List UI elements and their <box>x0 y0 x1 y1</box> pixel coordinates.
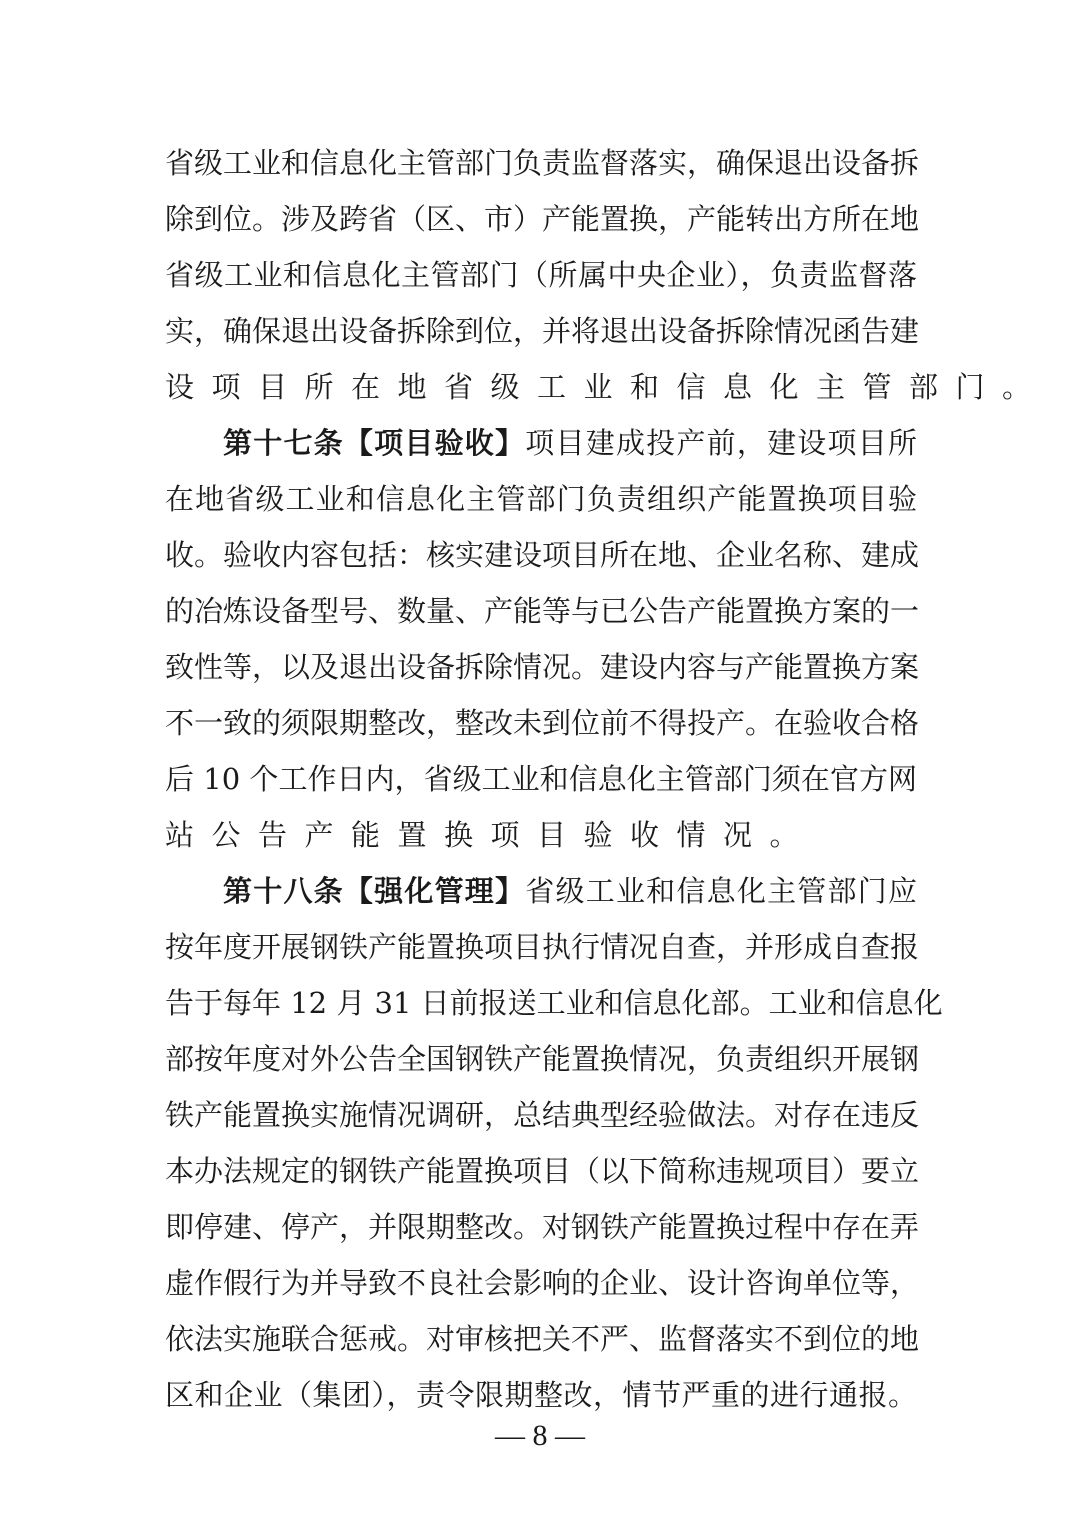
text-line: 实，确保退出设备拆除到位，并将退出设备拆除情况函告建 <box>165 311 917 351</box>
article-17-first-line: 第十七条【项目验收】项目建成投产前，建设项目所 <box>223 423 917 463</box>
text-line: 除到位。涉及跨省（区、市）产能置换，产能转出方所在地 <box>165 199 917 239</box>
text-line: 致性等，以及退出设备拆除情况。建设内容与产能置换方案 <box>165 647 917 687</box>
text-line: 告于每年 12 月 31 日前报送工业和信息化部。工业和信息化 <box>165 983 917 1023</box>
article-17-heading: 第十七条【项目验收】 <box>223 426 525 460</box>
text-line: 设项目所在地省级工业和信息化主管部门。 <box>165 367 917 407</box>
text-line: 即停建、停产，并限期整改。对钢铁产能置换过程中存在弄 <box>165 1207 917 1247</box>
text-line: 省级工业和信息化主管部门负责监督落实，确保退出设备拆 <box>165 143 917 183</box>
text-line: 按年度开展钢铁产能置换项目执行情况自查，并形成自查报 <box>165 927 917 967</box>
article-18-first-line-text: 省级工业和信息化主管部门应 <box>525 874 917 908</box>
article-18-heading: 第十八条【强化管理】 <box>223 874 525 908</box>
text-line: 依法实施联合惩戒。对审核把关不严、监督落实不到位的地 <box>165 1319 917 1359</box>
text-line: 站公告产能置换项目验收情况。 <box>165 815 917 855</box>
text-line: 省级工业和信息化主管部门（所属中央企业），负责监督落 <box>165 255 917 295</box>
article-17-first-line-text: 项目建成投产前，建设项目所 <box>525 426 917 460</box>
text-line: 铁产能置换实施情况调研，总结典型经验做法。对存在违反 <box>165 1095 917 1135</box>
text-line: 不一致的须限期整改，整改未到位前不得投产。在验收合格 <box>165 703 917 743</box>
text-line: 区和企业（集团），责令限期整改，情节严重的进行通报。 <box>165 1375 917 1415</box>
text-line: 本办法规定的钢铁产能置换项目（以下简称违规项目）要立 <box>165 1151 917 1191</box>
text-line: 部按年度对外公告全国钢铁产能置换情况，负责组织开展钢 <box>165 1039 917 1079</box>
page-number: — 8 — <box>0 1416 1080 1456</box>
text-line: 虚作假行为并导致不良社会影响的企业、设计咨询单位等， <box>165 1263 917 1303</box>
text-line: 的冶炼设备型号、数量、产能等与已公告产能置换方案的一 <box>165 591 917 631</box>
text-line: 后 10 个工作日内，省级工业和信息化主管部门须在官方网 <box>165 759 917 799</box>
text-line: 在地省级工业和信息化主管部门负责组织产能置换项目验 <box>165 479 917 519</box>
text-line: 收。验收内容包括：核实建设项目所在地、企业名称、建成 <box>165 535 917 575</box>
article-18-first-line: 第十八条【强化管理】省级工业和信息化主管部门应 <box>223 871 917 911</box>
document-page: 省级工业和信息化主管部门负责监督落实，确保退出设备拆 除到位。涉及跨省（区、市）… <box>0 0 1080 1528</box>
